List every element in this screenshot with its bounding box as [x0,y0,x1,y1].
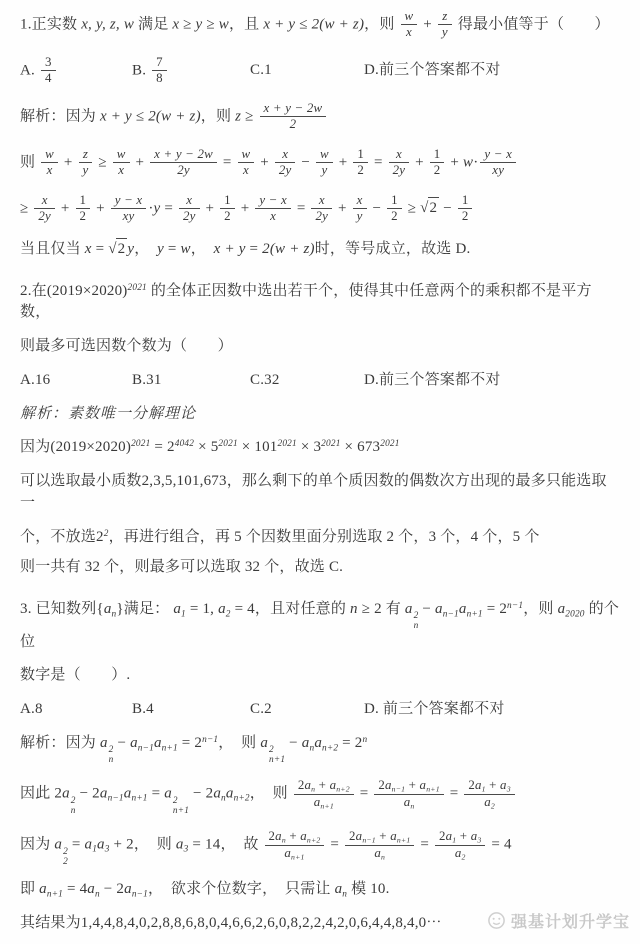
q2-options: A.16B.31C.32D.前三个答案都不对 [20,370,620,392]
q2-stem-1: 2.在(2019×2020)2021 的全体正因数中选出若干个，使得其中任意两个… [20,281,620,325]
q3-stem-2: 数字是（ ）. [20,665,620,687]
q1-option-b: B. 78 [132,54,250,88]
q1-solution-2: 则 wx + zy ≥ wx + x + y − 2w2y = wx + x2y… [20,146,620,180]
q1-solution-1: 解析：因为 x + y ≤ 2(w + z)，则 z ≥ x + y − 2w2 [20,100,620,134]
watermark-label: 强基计划升学宝 [511,909,630,932]
q1-option-d: D.前三个答案都不对 [364,60,620,82]
q3-option-b: B.4 [132,699,250,721]
watermark: 强基计划升学宝 [487,909,630,932]
q2-stem-2: 则最多可选因数个数为（ ） [20,336,620,358]
content-lines: 1.正实数 x, y, z, w 满足 x ≥ y ≥ w，且 x + y ≤ … [20,8,620,935]
q2-option-b: B.31 [132,370,250,392]
q3-option-d: D. 前三个答案都不对 [364,699,620,721]
q1-option-c: C.1 [250,60,364,82]
mascot-face-icon [487,911,506,930]
q1-solution-3: ≥ x2y + 12 + y − xxy·y = x2y + 12 + y − … [20,192,620,226]
q2-solution-4: 则一共有 32 个，则最多可以选取 32 个，故选 C. [20,557,620,579]
q2-option-a: A.16 [20,370,132,392]
q1-solution-4: 当且仅当 x = √2y， y = w， x + y = 2(w + z)时，等… [20,238,620,261]
q2-solution-label: 解析：素数唯一分解理论 [20,404,620,426]
q3-option-a: A.8 [20,699,132,721]
q3-options: A.8B.4C.2D. 前三个答案都不对 [20,699,620,721]
q1-options: A. 34B. 78C.1D.前三个答案都不对 [20,54,620,88]
q1-option-a: A. 34 [20,54,132,88]
q2-solution-2: 可以选取最小质数2,3,5,101,673，那么剩下的单个质因数的偶数次方出现的… [20,471,620,515]
q2-solution-1: 因为(2019×2020)2021 = 24042 × 52021 × 1012… [20,437,620,459]
q3-solution-4: 即 an+1 = 4an − 2an−1， 欲求个位数字， 只需让 an 模 1… [20,879,620,901]
q3-solution-1: 解析：因为 a2n − an−1an+1 = 2n−1， 则 a2n+1 − a… [20,733,620,766]
q1-stem: 1.正实数 x, y, z, w 满足 x ≥ y ≥ w，且 x + y ≤ … [20,8,620,42]
document-page: 1.正实数 x, y, z, w 满足 x ≥ y ≥ w，且 x + y ≤ … [0,0,640,944]
q3-solution-3: 因为 a22 = a1a3 + 2， 则 a3 = 14， 故 2an + an… [20,828,620,867]
q2-option-d: D.前三个答案都不对 [364,370,620,392]
q2-option-c: C.32 [250,370,364,392]
q3-solution-2: 因此 2a2n − 2an−1an+1 = a2n+1 − 2anan+2， 则… [20,777,620,816]
q3-stem-1: 3. 已知数列{an}满足： a1 = 1, a2 = 4，且对任意的 n ≥ … [20,599,620,653]
q3-option-c: C.2 [250,699,364,721]
q2-solution-3: 个，不放选22，再进行组合，再 5 个因数里面分别选取 2 个，3 个，4 个，… [20,527,620,549]
